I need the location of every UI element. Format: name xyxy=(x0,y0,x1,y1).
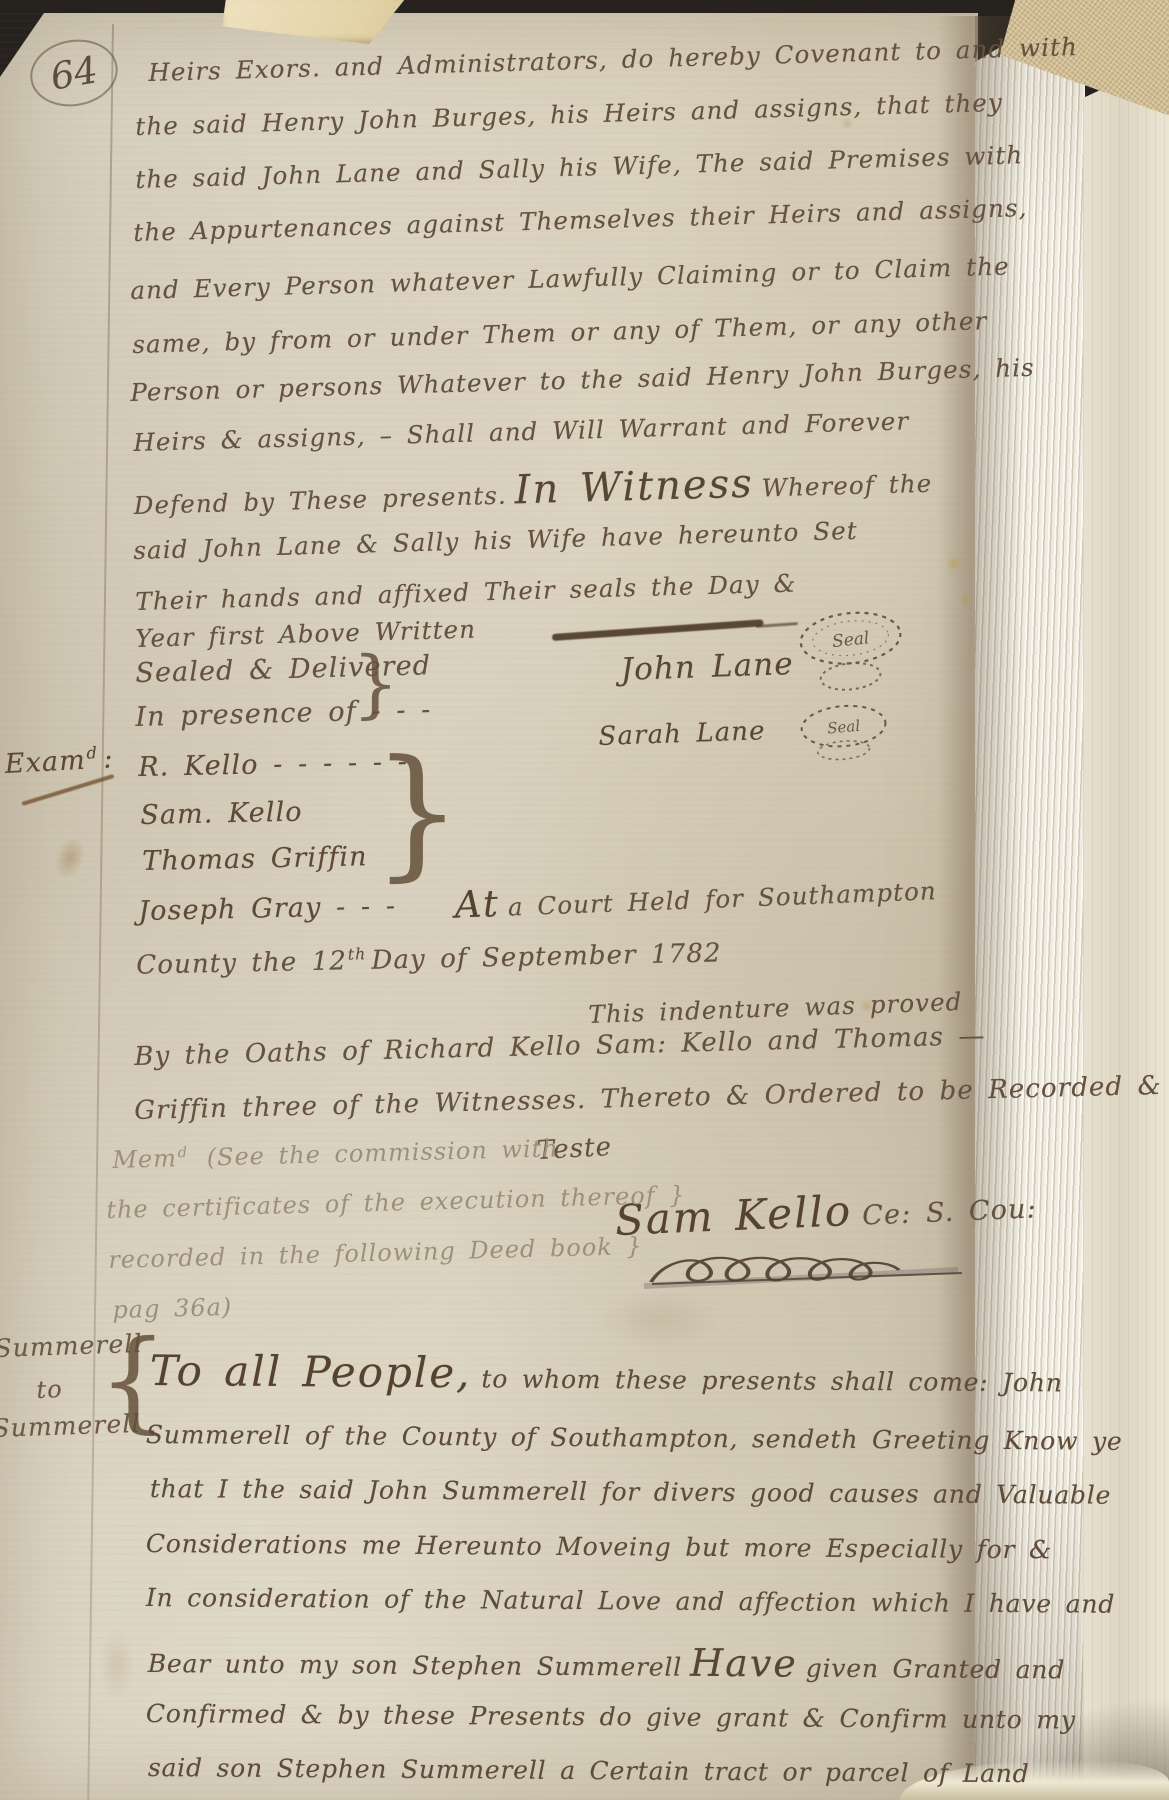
witness-name: Joseph Gray - - - xyxy=(138,891,396,927)
deed2-opening: To all People,to whom these presents sha… xyxy=(150,1346,1063,1401)
grantor-signature-2: Sarah Lane xyxy=(598,716,766,752)
grantor-signature: John Lane xyxy=(620,646,794,688)
witness-brace: } xyxy=(372,748,462,879)
deed2-line: said son Stephen Summerell a Certain tra… xyxy=(148,1753,1030,1788)
examined-text: Exam xyxy=(4,745,87,780)
court-date-pre: County the 12 xyxy=(136,946,347,980)
photograph-of-deed-book-page: { "palette": { "ink": "#64513f", "pencil… xyxy=(0,0,1169,1800)
clerk-title: Ce: S. Cou: xyxy=(862,1193,1038,1231)
court-heading-initial: At xyxy=(454,882,501,927)
grant-emphasis: Have xyxy=(690,1641,798,1686)
court-date-sup: th xyxy=(348,945,367,963)
witness-clause-post: Whereof the xyxy=(761,469,932,503)
clerk-signature-flourish xyxy=(640,1248,970,1306)
grant-pre: Bear unto my son Stephen Summerell xyxy=(148,1649,682,1682)
book-fore-edge-pages xyxy=(975,16,1085,1800)
witness-name: Sam. Kello xyxy=(140,797,303,831)
deed2-grant-line: Bear unto my son Stephen SummerellHavegi… xyxy=(148,1637,1066,1687)
grant-post: given Granted and xyxy=(806,1654,1065,1685)
witness-clause-emphasis: In Witness xyxy=(514,461,754,514)
witness-clause-pre: Defend by These presents. xyxy=(133,481,507,520)
seal-word: Seal xyxy=(826,717,861,738)
examined-colon: : xyxy=(102,743,114,774)
seal-word: Seal xyxy=(831,628,870,652)
deed2-opening-emphasis: To all People, xyxy=(150,1346,472,1397)
examined-superscript: d xyxy=(86,743,98,763)
sarah-lane-seal: Seal xyxy=(789,695,900,766)
witness-name: Thomas Griffin xyxy=(142,841,368,877)
margin-examined-note: Examd: xyxy=(4,742,114,780)
deed2-opening-rest: to whom these presents shall come: John xyxy=(481,1364,1062,1397)
memo-superscript: d xyxy=(178,1145,189,1161)
attestation-brace: } xyxy=(352,650,399,718)
john-lane-seal: Seal xyxy=(786,602,921,703)
witness-name: R. Kello - - - - - - xyxy=(138,746,408,783)
closed-page-block xyxy=(1083,58,1169,1800)
memo-pre: Mem xyxy=(112,1144,177,1174)
margin-connector: to xyxy=(36,1375,63,1404)
page-number: 64 xyxy=(47,48,101,99)
